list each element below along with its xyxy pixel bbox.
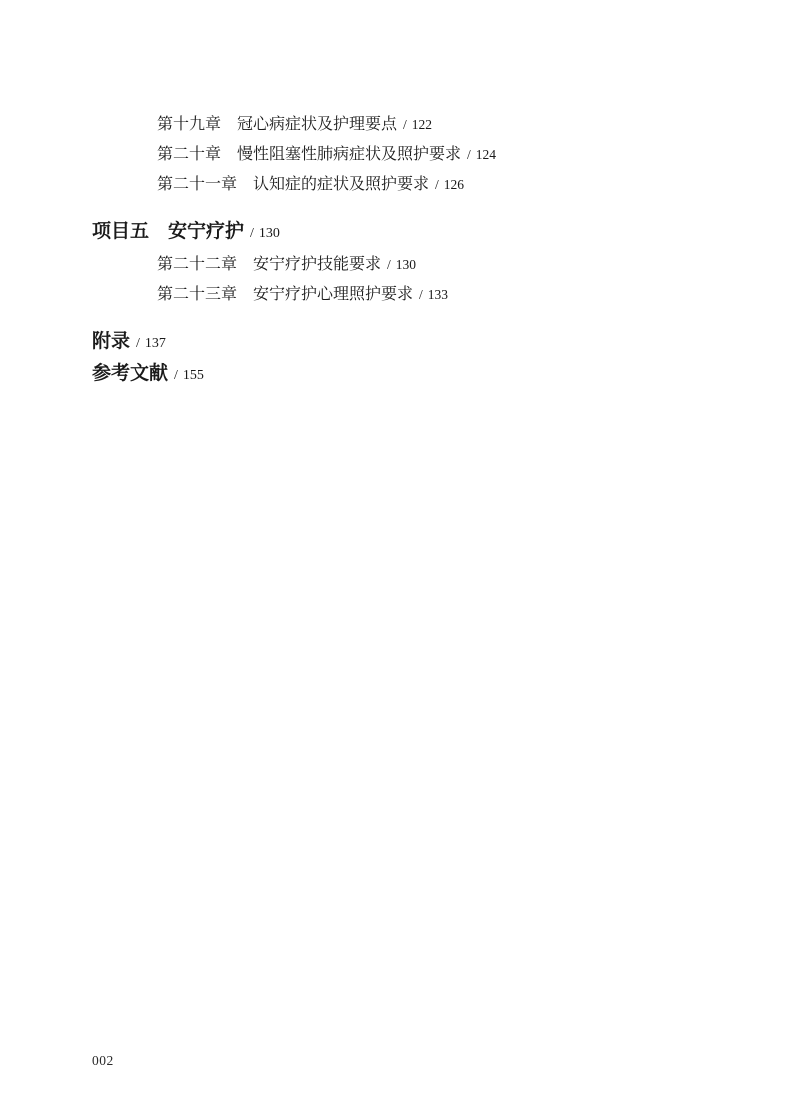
toc-heading-appendix: 附录/137	[92, 327, 800, 359]
toc-entry-page: 122	[412, 117, 432, 132]
toc-separator: /	[250, 226, 254, 241]
toc-entry-title: 第二十二章 安宁疗护技能要求	[157, 256, 381, 273]
toc-entry-title: 第二十一章 认知症的症状及照护要求	[157, 176, 429, 193]
folio-page-number: 002	[92, 1053, 114, 1069]
toc-section-page: 130	[259, 226, 280, 241]
toc-separator: /	[467, 147, 471, 162]
toc-entry-title: 第二十章 慢性阻塞性肺病症状及照护要求	[157, 146, 461, 163]
table-of-contents: 第十九章 冠心病症状及护理要点/122 第二十章 慢性阻塞性肺病症状及照护要求/…	[0, 110, 800, 391]
toc-heading-references: 参考文献/155	[92, 359, 800, 391]
toc-entry-ch20: 第二十章 慢性阻塞性肺病症状及照护要求/124	[157, 140, 800, 170]
toc-section-page: 155	[183, 368, 204, 383]
toc-entry-page: 124	[476, 147, 496, 162]
toc-entry-title: 第十九章 冠心病症状及护理要点	[157, 116, 397, 133]
toc-section-title: 项目五 安宁疗护	[92, 221, 244, 242]
toc-entry-ch21: 第二十一章 认知症的症状及照护要求/126	[157, 170, 800, 200]
toc-separator: /	[136, 336, 140, 351]
toc-entry-page: 133	[428, 287, 448, 302]
toc-section-title: 附录	[92, 331, 130, 352]
toc-entry-page: 130	[396, 257, 416, 272]
toc-entry-page: 126	[444, 177, 464, 192]
toc-separator: /	[419, 287, 423, 302]
toc-section-title: 参考文献	[92, 363, 168, 384]
toc-entry-title: 第二十三章 安宁疗护心理照护要求	[157, 286, 413, 303]
toc-separator: /	[435, 177, 439, 192]
toc-separator: /	[174, 368, 178, 383]
toc-separator: /	[387, 257, 391, 272]
toc-entry-ch22: 第二十二章 安宁疗护技能要求/130	[157, 250, 800, 280]
toc-separator: /	[403, 117, 407, 132]
toc-entry-ch19: 第十九章 冠心病症状及护理要点/122	[157, 110, 800, 140]
toc-section-page: 137	[145, 336, 166, 351]
toc-page: 第十九章 冠心病症状及护理要点/122 第二十章 慢性阻塞性肺病症状及照护要求/…	[0, 0, 800, 1120]
toc-section-heading-project5: 项目五 安宁疗护/130	[92, 216, 800, 250]
toc-entry-ch23: 第二十三章 安宁疗护心理照护要求/133	[157, 280, 800, 310]
